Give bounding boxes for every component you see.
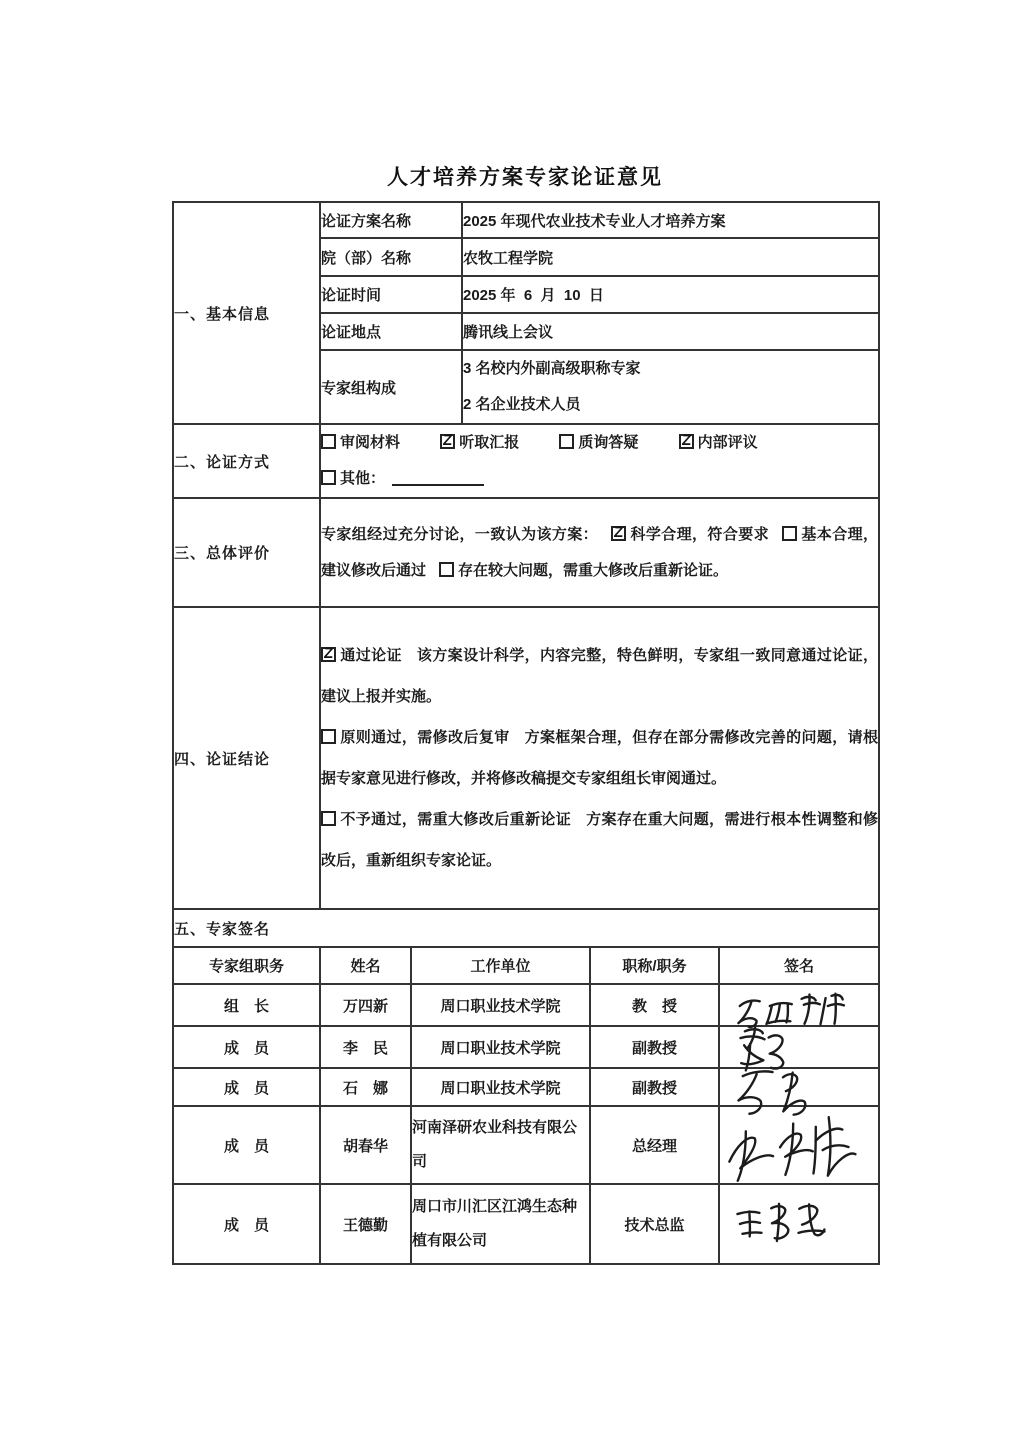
- handwritten-signature-hu-chunhua: [716, 1098, 882, 1195]
- expert-title: 技术总监: [590, 1184, 719, 1264]
- expert-organization: 周口职业技术学院: [411, 1068, 590, 1106]
- expert-title: 教 授: [590, 984, 719, 1026]
- label-department: 院（部）名称: [320, 238, 462, 276]
- option-internal-discussion: 内部评议: [679, 434, 758, 451]
- signature-cell: [719, 1106, 879, 1184]
- checkbox-inquiry-icon: [559, 434, 574, 449]
- option-listen-report-label: 听取汇报: [459, 434, 519, 451]
- expert-role: 成 员: [173, 1068, 320, 1106]
- document-title: 人才培养方案专家论证意见: [172, 166, 878, 190]
- option-listen-report: 听取汇报: [440, 434, 519, 451]
- section-conclusion: 四、论证结论: [173, 607, 320, 909]
- checkbox-review-materials-icon: [321, 434, 336, 449]
- col-header-name: 姓名: [320, 947, 411, 984]
- checkbox-internal-discussion-icon: [679, 434, 694, 449]
- col-header-organization: 工作单位: [411, 947, 590, 984]
- section-overall-evaluation: 三、总体评价: [173, 498, 320, 607]
- label-review-date: 论证时间: [320, 276, 462, 313]
- expert-name: 万四新: [320, 984, 411, 1026]
- expert-title: 总经理: [590, 1106, 719, 1184]
- table-row: 组 长 万四新 周口职业技术学院 教 授: [173, 984, 879, 1026]
- table-row: 成 员 李 民 周口职业技术学院 副教授: [173, 1026, 879, 1068]
- option-major-problems-label: 存在较大问题，需重大修改后重新论证。: [458, 562, 728, 579]
- value-plan-name: 2025 年现代农业技术专业人才培养方案: [462, 202, 879, 238]
- overall-evaluation-text: 专家组经过充分讨论，一致认为该方案：科学合理，符合要求基本合理，建议修改后通过存…: [321, 517, 878, 589]
- col-header-signature: 签名: [719, 947, 879, 984]
- main-table: 一、基本信息 论证方案名称 2025 年现代农业技术专业人才培养方案 院（部）名…: [172, 201, 880, 910]
- value-panel-composition: 3 名校内外副高级职称专家 2 名企业技术人员: [462, 350, 879, 424]
- label-panel-composition: 专家组构成: [320, 350, 462, 424]
- section-signatures-label: 五、专家签名: [173, 909, 879, 947]
- expert-title: 副教授: [590, 1068, 719, 1106]
- conclusion-pass-desc: 该方案设计科学，内容完整，特色鲜明，专家组一致同意通过论证，建议上报并实施。: [321, 647, 878, 705]
- expert-organization: 河南泽研农业科技有限公司: [411, 1106, 590, 1184]
- panel-composition-line-2: 2 名企业技术人员: [463, 387, 878, 423]
- checkbox-pass-icon: [321, 647, 336, 662]
- overall-intro: 专家组经过充分讨论，一致认为该方案：: [321, 526, 598, 543]
- table-row: 成 员 石 娜 周口职业技术学院 副教授: [173, 1068, 879, 1106]
- conclusion-conditional-label: 原则通过，需修改后复审: [340, 729, 510, 746]
- scanned-document-page: 人才培养方案专家论证意见 一、基本信息 论证方案名称 2025 年现代农业技术专…: [0, 0, 1024, 1448]
- col-header-title: 职称/职务: [590, 947, 719, 984]
- expert-role: 成 员: [173, 1106, 320, 1184]
- conclusion-option-conditional: 原则通过，需修改后复审方案框架合理，但存在部分需修改完善的问题，请根据专家意见进…: [321, 717, 878, 799]
- option-major-problems: 存在较大问题，需重大修改后重新论证。: [439, 562, 728, 579]
- expert-name: 王德勤: [320, 1184, 411, 1264]
- expert-organization: 周口职业技术学院: [411, 984, 590, 1026]
- expert-name: 李 民: [320, 1026, 411, 1068]
- label-review-place: 论证地点: [320, 313, 462, 350]
- label-plan-name: 论证方案名称: [320, 202, 462, 238]
- option-internal-discussion-label: 内部评议: [698, 434, 758, 451]
- other-blank-line: [392, 469, 484, 486]
- option-scientific-label: 科学合理，符合要求: [630, 526, 769, 543]
- conclusion-cell: 通过论证该方案设计科学，内容完整，特色鲜明，专家组一致同意通过论证，建议上报并实…: [320, 607, 879, 909]
- checkbox-listen-report-icon: [440, 434, 455, 449]
- signature-section-header: 五、专家签名: [172, 908, 880, 948]
- value-department: 农牧工程学院: [462, 238, 879, 276]
- expert-role: 成 员: [173, 1184, 320, 1264]
- table-row: 成 员 胡春华 河南泽研农业科技有限公司 总经理: [173, 1106, 879, 1184]
- conclusion-reject-label: 不予通过，需重大修改后重新论证: [340, 811, 571, 828]
- method-other-line: 其他：: [321, 461, 878, 497]
- overall-evaluation-cell: 专家组经过充分讨论，一致认为该方案：科学合理，符合要求基本合理，建议修改后通过存…: [320, 498, 879, 607]
- signature-table: 专家组职务 姓名 工作单位 职称/职务 签名 组 长 万四新 周口职业技术学院 …: [172, 946, 880, 1265]
- handwritten-signature-wang-deqin: [725, 1189, 868, 1256]
- option-review-materials: 审阅材料: [321, 434, 400, 451]
- signature-header-row: 专家组职务 姓名 工作单位 职称/职务 签名: [173, 947, 879, 984]
- value-review-place: 腾讯线上会议: [462, 313, 879, 350]
- expert-role: 组 长: [173, 984, 320, 1026]
- method-options-line: 审阅材料 听取汇报 质询答疑 内部评议: [321, 425, 878, 461]
- table-row: 成 员 王德勤 周口市川汇区江鸿生态种植有限公司 技术总监: [173, 1184, 879, 1264]
- checkbox-other-icon: [321, 470, 336, 485]
- checkbox-scientific-icon: [611, 526, 626, 541]
- conclusion-pass-label: 通过论证: [340, 647, 402, 664]
- panel-composition-line-1: 3 名校内外副高级职称专家: [463, 351, 878, 387]
- expert-title: 副教授: [590, 1026, 719, 1068]
- conclusion-option-reject: 不予通过，需重大修改后重新论证方案存在重大问题，需进行根本性调整和修改后，重新组…: [321, 799, 878, 881]
- review-method-cell: 审阅材料 听取汇报 质询答疑 内部评议 其他：: [320, 424, 879, 498]
- checkbox-reject-icon: [321, 811, 336, 826]
- section-basic-info: 一、基本信息: [173, 202, 320, 424]
- value-review-date: 2025 年 6 月 10 日: [462, 276, 879, 313]
- expert-name: 胡春华: [320, 1106, 411, 1184]
- checkbox-conditional-icon: [321, 729, 336, 744]
- conclusion-option-pass: 通过论证该方案设计科学，内容完整，特色鲜明，专家组一致同意通过论证，建议上报并实…: [321, 635, 878, 717]
- expert-organization: 周口市川汇区江鸿生态种植有限公司: [411, 1184, 590, 1264]
- checkbox-basically-reasonable-icon: [782, 526, 797, 541]
- option-other-label: 其他：: [340, 470, 385, 487]
- checkbox-major-problems-icon: [439, 562, 454, 577]
- option-scientific: 科学合理，符合要求: [611, 526, 769, 543]
- col-header-role: 专家组职务: [173, 947, 320, 984]
- option-inquiry-label: 质询答疑: [578, 434, 638, 451]
- option-review-materials-label: 审阅材料: [340, 434, 400, 451]
- expert-organization: 周口职业技术学院: [411, 1026, 590, 1068]
- option-inquiry: 质询答疑: [559, 434, 638, 451]
- expert-review-form: 人才培养方案专家论证意见 一、基本信息 论证方案名称 2025 年现代农业技术专…: [172, 166, 878, 1265]
- expert-name: 石 娜: [320, 1068, 411, 1106]
- section-review-method: 二、论证方式: [173, 424, 320, 498]
- expert-role: 成 员: [173, 1026, 320, 1068]
- signature-cell: [719, 984, 879, 1026]
- signature-cell: [719, 1184, 879, 1264]
